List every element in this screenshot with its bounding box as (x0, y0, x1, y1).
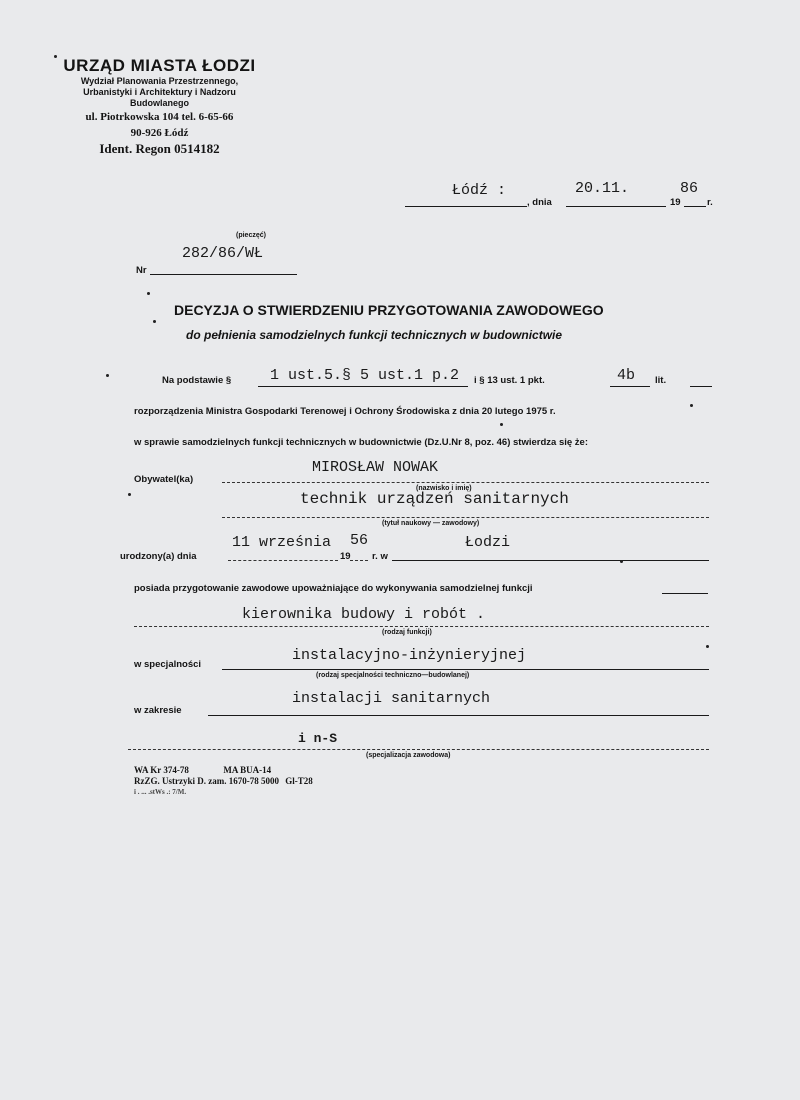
print-footer-line-3: i . ... .stWs .: 7/M. (134, 787, 313, 798)
birth-year: 56 (350, 532, 368, 549)
birth-date: 11 września (232, 534, 331, 551)
lit-underline (690, 386, 712, 387)
print-order-extra: Gl-T28 (285, 776, 313, 786)
birth-place-underline (392, 560, 709, 561)
birth-date-underline (228, 560, 338, 561)
pkt-underline (610, 386, 650, 387)
basis-prefix: Na podstawie § (162, 375, 231, 386)
scan-speck (153, 320, 156, 323)
basis-underline (258, 386, 468, 387)
decision-title: DECYZJA O STWIERDZENIU PRZYGOTOWANIA ZAW… (174, 302, 604, 318)
print-footer-line-2: RzZG. Ustrzyki D. zam. 1670-78 5000 Gl-T… (134, 776, 313, 787)
specialty-label: w specjalności (134, 659, 201, 670)
stamp-dept-line-3: Budowlanego (52, 98, 267, 109)
basis-middle: i § 13 ust. 1 pkt. (474, 375, 545, 386)
specialization-value: i n-S (298, 731, 337, 746)
scan-speck (54, 55, 57, 58)
birth-year-underline (350, 560, 368, 561)
citizen-name: MIROSŁAW NOWAK (312, 459, 438, 476)
place-underline (405, 206, 527, 207)
print-footer-line-1: WA Kr 374-78 MA BUA-14 (134, 765, 313, 776)
year-value: 86 (680, 180, 698, 197)
stamp-dept-line-1: Wydział Planowania Przestrzennego, (52, 76, 267, 87)
scan-speck (620, 560, 623, 563)
stamp-address: ul. Piotrkowska 104 tel. 6-65-66 (52, 109, 267, 125)
year-underline (684, 206, 706, 207)
birth-label: urodzony(a) dnia (120, 551, 197, 562)
scope-label: w zakresie (134, 705, 182, 716)
document-number: 282/86/WŁ (182, 245, 263, 262)
print-footer: WA Kr 374-78 MA BUA-14 RzZG. Ustrzyki D.… (134, 765, 313, 798)
function-value: kierownika budowy i robót . (242, 606, 485, 623)
basis-value: 1 ust.5.§ 5 ust.1 p.2 (270, 367, 459, 384)
citizen-label: Obywatel(ka) (134, 474, 193, 485)
qualification-underline (662, 593, 708, 594)
function-caption: (rodzaj funkcji) (382, 629, 432, 636)
function-underline (134, 626, 709, 627)
seal-label: (pieczęć) (236, 232, 266, 239)
specialization-caption: (specjalizacja zawodowa) (366, 752, 450, 759)
stamp-regon: Ident. Regon 0514182 (52, 141, 267, 157)
scan-speck (500, 423, 503, 426)
qualification-line: posiada przygotowanie zawodowe upoważnia… (134, 583, 533, 594)
stamp-postal: 90-926 Łódź (52, 125, 267, 141)
date-label: , dnia (527, 197, 552, 208)
scope-value: instalacji sanitarnych (292, 690, 490, 707)
pkt-value: 4b (617, 367, 635, 384)
birth-place: Łodzi (465, 534, 510, 551)
scope-underline (208, 715, 709, 716)
stamp-office-name: URZĄD MIASTA ŁODZI (52, 56, 267, 76)
specialty-value: instalacyjno-inżynieryjnej (292, 647, 526, 664)
date-underline (566, 206, 666, 207)
scan-speck (106, 374, 109, 377)
office-stamp: URZĄD MIASTA ŁODZI Wydział Planowania Pr… (52, 56, 267, 157)
scan-speck (128, 493, 131, 496)
print-code-right: MA BUA-14 (223, 765, 271, 775)
year-prefix: 19 (670, 197, 681, 208)
date-value: 20.11. (575, 180, 629, 197)
scan-speck (147, 292, 150, 295)
birth-year-prefix: 19 (340, 551, 351, 562)
print-code-left: WA Kr 374-78 (134, 765, 189, 775)
title-underline (222, 517, 709, 518)
specialty-underline (222, 669, 709, 670)
title-caption: (tytuł naukowy — zawodowy) (382, 520, 479, 527)
birth-in-label: r. w (372, 551, 388, 562)
decision-subtitle: do pełnienia samodzielnych funkcji techn… (186, 328, 562, 342)
basis-regulation-line: rozporządzenia Ministra Gospodarki Teren… (134, 406, 556, 417)
citizen-underline (222, 482, 709, 483)
stamp-dept-line-2: Urbanistyki i Architektury i Nadzoru (52, 87, 267, 98)
basis-matter-line: w sprawie samodzielnych funkcji technicz… (134, 437, 588, 448)
print-order: RzZG. Ustrzyki D. zam. 1670-78 5000 (134, 776, 279, 786)
number-prefix: Nr (136, 265, 147, 276)
lit-label: lit. (655, 375, 666, 386)
place-value: Łódź : (452, 182, 506, 199)
professional-title: technik urządzeń sanitarnych (300, 490, 569, 508)
scan-speck (706, 645, 709, 648)
year-suffix: r. (707, 197, 713, 208)
scan-speck (690, 404, 693, 407)
specialization-underline (128, 749, 709, 750)
specialty-caption: (rodzaj specjalności techniczno—budowlan… (316, 672, 469, 679)
number-underline (150, 274, 297, 275)
